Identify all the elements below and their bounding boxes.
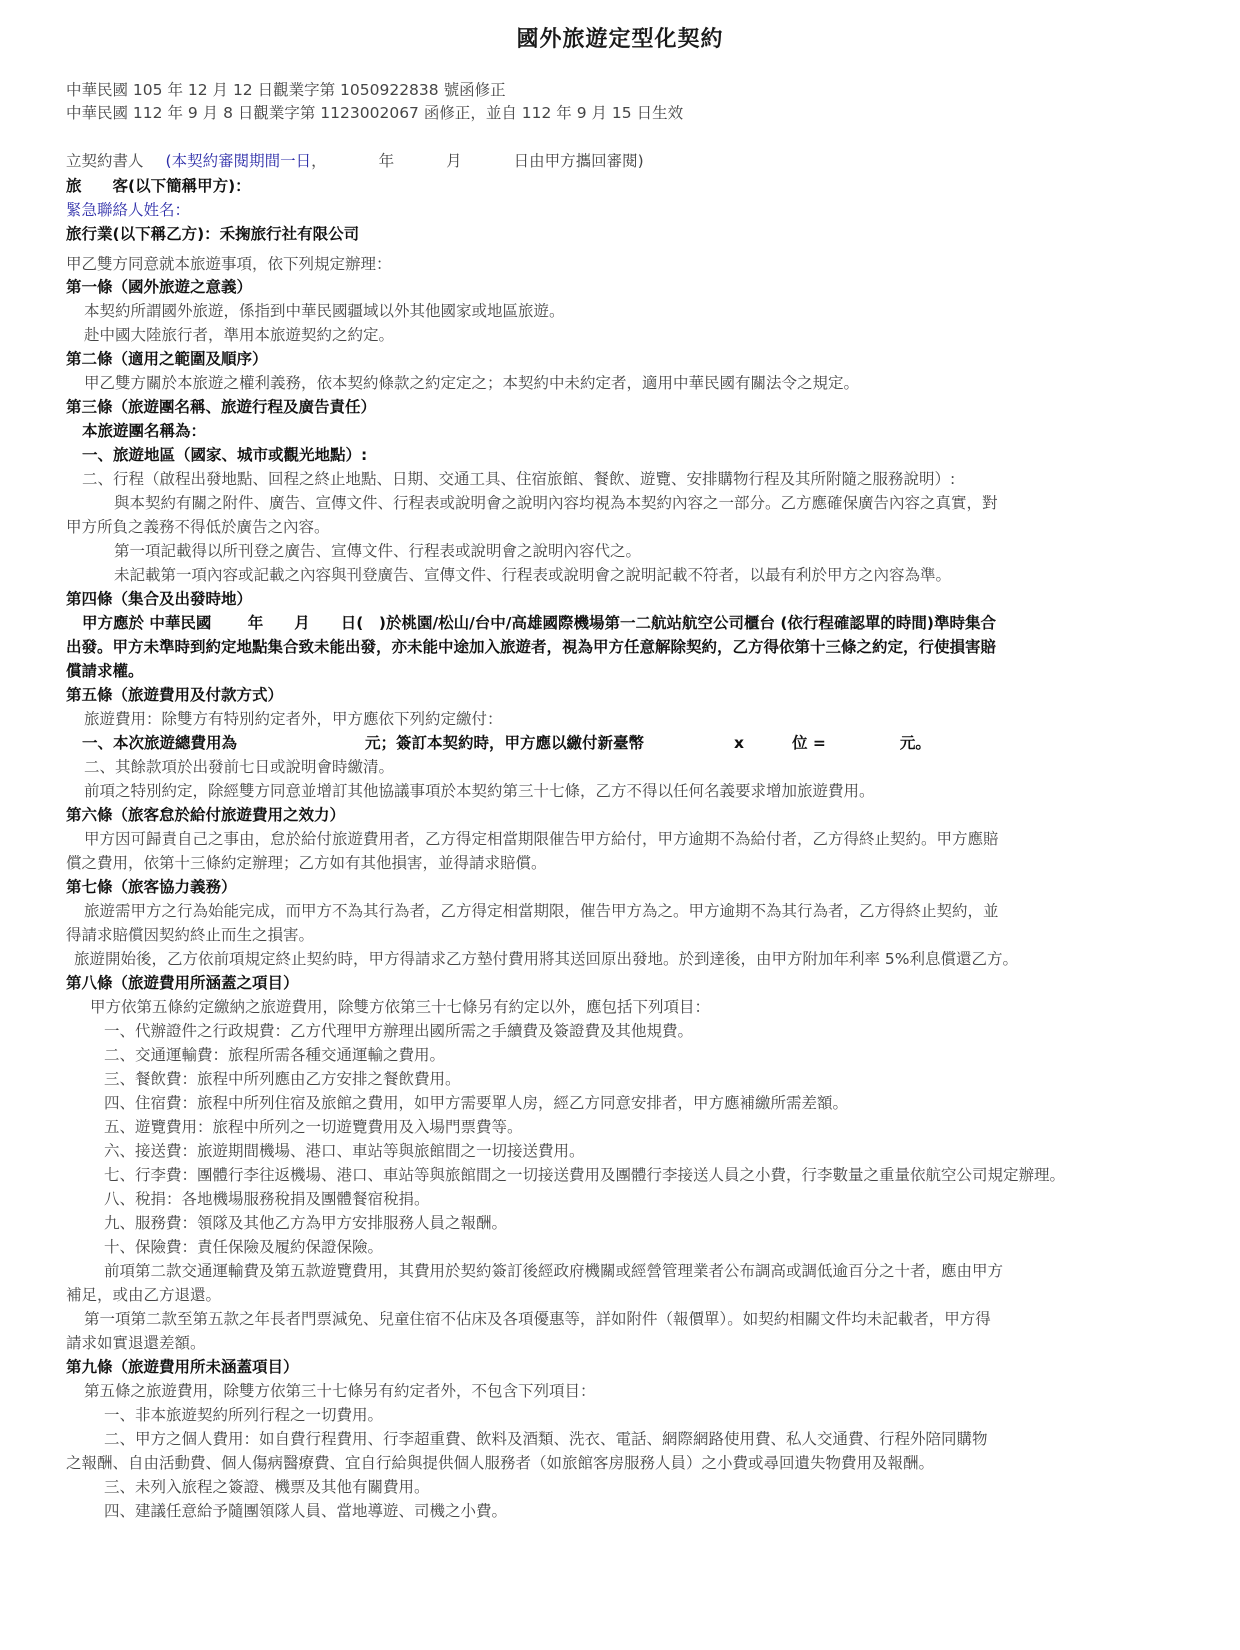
review-day-tail: 日由甲方攜回審閱) [514,152,644,170]
deposit-total-label: 元。 [900,734,931,752]
article-8-item: 八、稅捐：各地機場服務稅捐及團體餐宿稅捐。 [104,1187,430,1211]
article-6-para-1b: 償之費用，依第十三條約定辦理；乙方如有其他損害，並得請求賠償。 [66,851,547,875]
article-8-para-2a: 前項第二款交通運輸費及第五款遊覽費用，其費用於契約簽訂後經政府機關或經營管理業者… [104,1259,1003,1283]
article-3-heading: 第三條（旅遊團名稱、旅遊行程及廣告責任） [66,395,376,419]
article-8-intro: 甲方依第五條約定繳納之旅遊費用，除雙方依第三十七條另有約定以外，應包括下列項目： [90,995,710,1019]
article-9-item-4: 四、建議任意給予隨團領隊人員、當地導遊、司機之小費。 [104,1499,507,1523]
review-comma: ， [311,152,327,170]
article-2-heading: 第二條（適用之範圍及順序） [66,347,268,371]
article-4-para-1a: 甲方應於 中華民國 年 月 日( )於桃園/松山/台中/高雄國際機場第一二航站航… [82,611,996,635]
article-8-heading: 第八條（旅遊費用所涵蓋之項目） [66,971,299,995]
emergency-contact-label: 緊急聯絡人姓名： [66,198,190,222]
document-title: 國外旅遊定型化契約 [0,22,1240,53]
amendment-note-1: 中華民國 105 年 12 月 12 日觀業字第 1050922838 號函修正 [66,78,506,102]
article-6-heading: 第六條（旅客怠於給付旅遊費用之效力） [66,803,345,827]
itinerary-label: 二、行程（啟程出發地點、回程之終止地點、日期、交通工具、住宿旅館、餐飲、遊覽、安… [82,467,955,491]
article-5-heading: 第五條（旅遊費用及付款方式） [66,683,283,707]
article-9-intro: 第五條之旅遊費用，除雙方依第三十七條另有約定者外，不包含下列項目： [84,1379,596,1403]
article-3-para-3: 未記載第一項內容或記載之內容與刊登廣告、宣傳文件、行程表或說明會之說明記載不符者… [114,563,951,587]
article-9-item-1: 一、非本旅遊契約所列行程之一切費用。 [104,1403,383,1427]
persons-label: 位 = [792,734,826,752]
article-1-para-1: 本契約所謂國外旅遊，係指到中華民國疆域以外其他國家或地區旅遊。 [84,299,565,323]
agreement-intro: 甲乙雙方同意就本旅遊事項，依下列規定辦理： [66,252,392,276]
article-9-item-2a: 二、甲方之個人費用：如自費行程費用、行李超重費、飲料及酒類、洗衣、電話、網際網路… [104,1427,988,1451]
article-7-para-1a: 旅遊需甲方之行為始能完成，而甲方不為其行為者，乙方得定相當期限，催告甲方為之。甲… [84,899,999,923]
article-8-item: 四、住宿費：旅程中所列住宿及旅館之費用，如甲方需要單人房，經乙方同意安排者，甲方… [104,1091,848,1115]
article-8-para-3b: 請求如實退還差額。 [66,1331,206,1355]
article-7-para-2: 旅遊開始後，乙方依前項規定終止契約時，甲方得請求乙方墊付費用將其送回原出發地。於… [74,947,1018,971]
article-5-item-2: 二、其餘款項於出發前七日或說明會時繳清。 [84,755,394,779]
article-8-item: 一、代辦證件之行政規費：乙方代理甲方辦理出國所需之手續費及簽證費及其他規費。 [104,1019,693,1043]
article-8-item: 十、保險費：責任保險及履約保證保險。 [104,1235,383,1259]
article-2-para-1: 甲乙雙方關於本旅遊之權利義務，依本契約條款之約定定之；本契約中未約定者，適用中華… [84,371,859,395]
article-8-item: 三、餐飲費：旅程中所列應由乙方安排之餐飲費用。 [104,1067,461,1091]
review-month-label: 月 [446,152,462,170]
article-1-para-2: 赴中國大陸旅行者，準用本旅遊契約之約定。 [84,323,394,347]
article-9-heading: 第九條（旅遊費用所未涵蓋項目） [66,1355,299,1379]
article-4-heading: 第四條（集合及出發時地） [66,587,252,611]
article-8-para-3a: 第一項第二款至第五款之年長者門票減免、兒童住宿不佔床及各項優惠等，詳如附件（報價… [84,1307,991,1331]
article-4-para-1c: 償請求權。 [66,659,144,683]
article-6-para-1a: 甲方因可歸責自己之事由，怠於給付旅遊費用者，乙方得定相當期限催告甲方給付，甲方逾… [84,827,999,851]
review-year-label: 年 [379,152,395,170]
article-9-item-3: 三、未列入旅程之簽證、機票及其他有關費用。 [104,1475,430,1499]
article-5-para-2: 前項之特別約定，除經雙方同意並增訂其他協議事項於本契約第三十七條，乙方不得以任何… [84,779,875,803]
article-3-para-1b: 甲方所負之義務不得低於廣告之內容。 [66,515,330,539]
article-7-heading: 第七條（旅客協力義務） [66,875,237,899]
article-8-item: 五、遊覽費用：旅程中所列之一切遊覽費用及入場門票費等。 [104,1115,523,1139]
article-8-item: 七、行李費：團體行李往返機場、港口、車站等與旅館間之一切接送費用及團體行李接送人… [104,1163,1065,1187]
article-8-item: 六、接送費：旅遊期間機場、港口、車站等與旅館間之一切接送費用。 [104,1139,585,1163]
deposit-label: 元；簽訂本契約時，甲方應以繳付新臺幣 [365,734,644,752]
article-7-para-1b: 得請求賠償因契約終止而生之損害。 [66,923,314,947]
article-8-para-2b: 補足，或由乙方退還。 [66,1283,221,1307]
party-b-label: 旅行業(以下稱乙方)：禾掬旅行社有限公司 [66,222,359,246]
article-5-intro: 旅遊費用：除雙方有特別約定者外，甲方應依下列約定繳付： [84,707,503,731]
article-3-para-1a: 與本契約有關之附件、廣告、宣傳文件、行程表或說明會之說明內容均視為本契約內容之一… [114,491,998,515]
tour-name-label: 本旅遊團名稱為： [82,419,206,443]
article-9-item-2b: 之報酬、自由活動費、個人傷病醫療費、宜自行給與提供個人服務者（如旅館客房服務人員… [66,1451,934,1475]
signer-label: 立契約書人 [66,152,144,170]
tour-region-label: 一、旅遊地區（國家、城市或觀光地點）: [82,443,367,467]
article-1-heading: 第一條（國外旅遊之意義） [66,275,252,299]
amendment-note-2: 中華民國 112 年 9 月 8 日觀業字第 1123002067 函修正，並自… [66,101,683,125]
contract-page: 國外旅遊定型化契約 中華民國 105 年 12 月 12 日觀業字第 10509… [0,0,1240,1650]
article-4-para-1b: 出發。甲方未準時到約定地點集合致未能出發，亦未能中途加入旅遊者，視為甲方任意解除… [66,635,996,659]
article-8-item: 二、交通運輸費：旅程所需各種交通運輸之費用。 [104,1043,445,1067]
total-fee-label: 一、本次旅遊總費用為 [82,734,237,752]
article-8-item: 九、服務費：領隊及其他乙方為甲方安排服務人員之報酬。 [104,1211,507,1235]
signer-line: 立契約書人(本契約審閱期間一日，年月日由甲方攜回審閱) [66,149,644,173]
party-a-label: 旅 客(以下簡稱甲方)： [66,174,251,198]
article-3-para-2: 第一項記載得以所刊登之廣告、宣傳文件、行程表或說明會之說明內容代之。 [114,539,641,563]
review-period-text: 本契約審閱期間一日 [172,152,312,170]
total-fee-line: 一、本次旅遊總費用為元；簽訂本契約時，甲方應以繳付新臺幣x位 =元。 [82,731,931,755]
multiply-sign: x [734,734,744,752]
